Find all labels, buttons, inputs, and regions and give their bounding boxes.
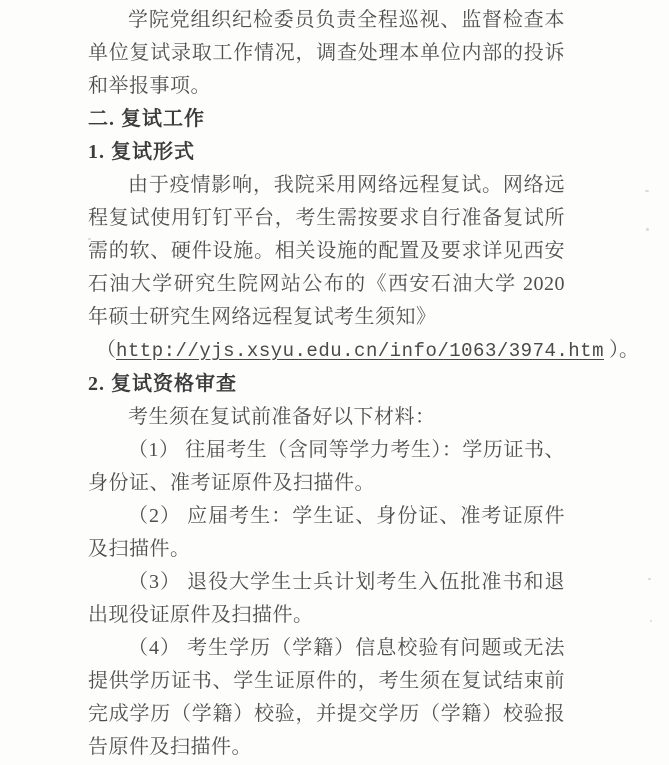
scan-speck (648, 578, 651, 580)
paragraph-remote-interview-platform: 由于疫情影响，我院采用网络远程复试。网络远程复试使用钉钉平台，考生需按要求自行准… (88, 169, 565, 334)
scan-speck (88, 238, 91, 240)
list-item-current-graduates: （2） 应届考生：学生证、身份证、准考证原件及扫描件。 (88, 500, 565, 566)
list-item-retired-soldier-plan: （3） 退役大学生士兵计划考生入伍批准书和退出现役证原件及扫描件。 (88, 566, 565, 632)
paragraph-materials-intro: 考生须在复试前准备好以下材料： (88, 401, 565, 434)
section-heading-reexamination-work: 二. 复试工作 (88, 103, 565, 136)
url-open-paren: （ (96, 339, 116, 361)
scan-speck (645, 190, 649, 192)
scanned-document-page: 学院党组织纪检委员负责全程巡视、监督检查本单位复试录取工作情况，调查处理本单位内… (0, 0, 669, 765)
list-item-credential-verification: （4） 考生学历（学籍）信息校验有问题或无法提供学历证书、学生证原件的，考生须在… (88, 632, 565, 764)
subsection-heading-qualification-review: 2. 复试资格审查 (88, 368, 565, 401)
document-body: 学院党组织纪检委员负责全程巡视、监督检查本单位复试录取工作情况，调查处理本单位内… (88, 4, 565, 764)
scan-speck (650, 620, 652, 622)
subsection-heading-reexamination-form: 1. 复试形式 (88, 136, 565, 169)
notice-url-link[interactable]: http://yjs.xsyu.edu.cn/info/1063/3974.ht… (116, 340, 604, 362)
notice-url-line: （http://yjs.xsyu.edu.cn/info/1063/3974.h… (88, 334, 565, 368)
url-close-paren: ）。 (604, 339, 639, 361)
list-item-previous-graduates: （1） 往届考生（含同等学力考生）：学历证书、身份证、准考证原件及扫描件。 (88, 434, 565, 500)
scan-speck (646, 228, 649, 231)
paragraph-discipline-supervision: 学院党组织纪检委员负责全程巡视、监督检查本单位复试录取工作情况，调查处理本单位内… (88, 4, 565, 103)
